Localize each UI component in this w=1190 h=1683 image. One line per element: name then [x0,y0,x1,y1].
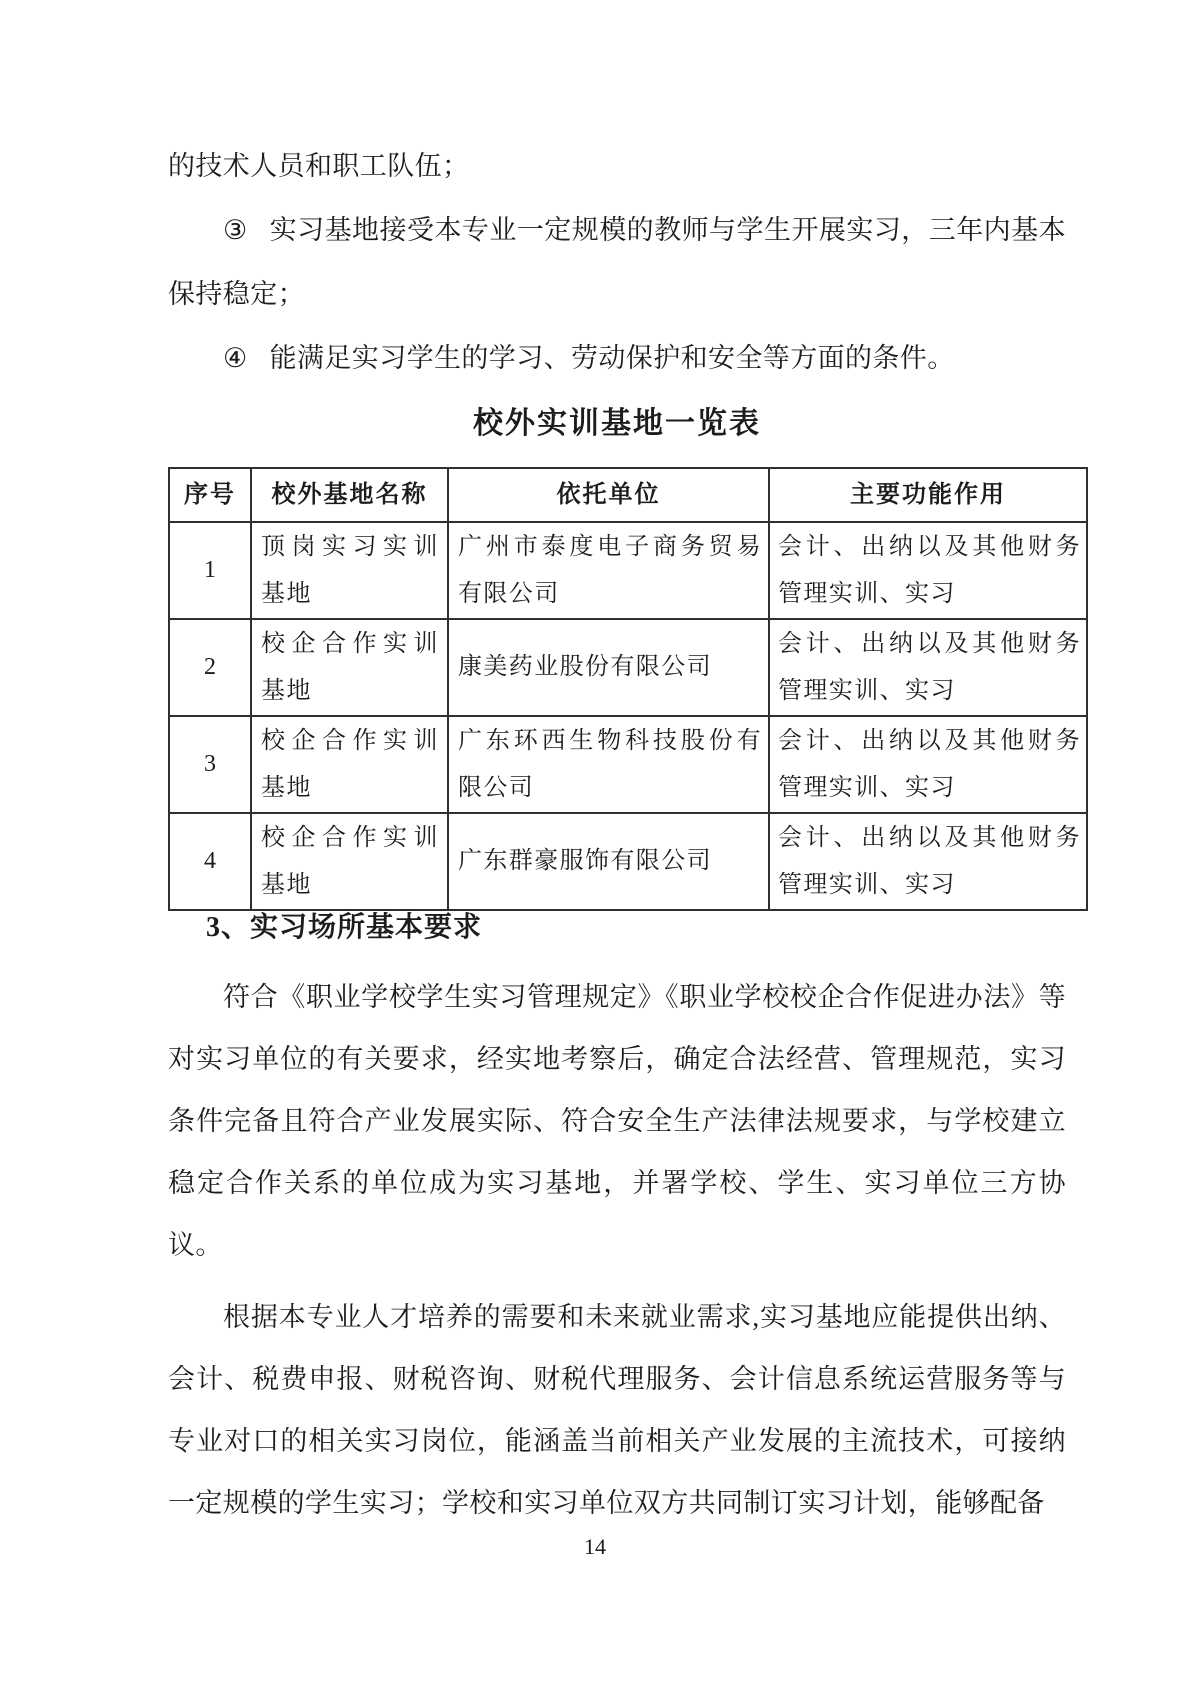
page-number: 14 [0,1532,1190,1562]
paragraph-continuation: 的技术人员和职工队伍； [168,134,1066,198]
cell-supporting-unit: 广州市泰度电子商务贸易有限公司 [448,522,769,619]
body-text-top: 的技术人员和职工队伍； ③实习基地接受本专业一定规模的教师与学生开展实习，三年内… [168,134,1066,390]
cell-base-name: 顶岗实习实训基地 [251,522,448,619]
cell-main-function: 会计、出纳以及其他财务管理实训、实习 [769,716,1087,813]
cell-serial-number: 2 [169,619,251,716]
cell-base-name: 校企合作实训基地 [251,716,448,813]
header-base-name: 校外基地名称 [251,468,448,522]
cell-serial-number: 3 [169,716,251,813]
cell-base-name: 校企合作实训基地 [251,619,448,716]
cell-supporting-unit: 广东群豪服饰有限公司 [448,813,769,910]
table-header-row: 序号 校外基地名称 依托单位 主要功能作用 [169,468,1087,522]
cell-supporting-unit: 广东环西生物科技股份有限公司 [448,716,769,813]
section-paragraph-2: 根据本专业人才培养的需要和未来就业需求,实习基地应能提供出纳、会计、税费申报、财… [168,1286,1066,1534]
cell-main-function: 会计、出纳以及其他财务管理实训、实习 [769,522,1087,619]
document-page: 的技术人员和职工队伍； ③实习基地接受本专业一定规模的教师与学生开展实习，三年内… [0,0,1190,1683]
table-row: 3 校企合作实训基地 广东环西生物科技股份有限公司 会计、出纳以及其他财务管理实… [169,716,1087,813]
cell-main-function: 会计、出纳以及其他财务管理实训、实习 [769,813,1087,910]
header-main-function: 主要功能作用 [769,468,1087,522]
circled-3-marker: ③ [223,215,248,245]
list-item-text: 实习基地接受本专业一定规模的教师与学生开展实习，三年内基本保持稳定； [168,215,1066,309]
training-bases-table: 序号 校外基地名称 依托单位 主要功能作用 1 顶岗实习实训基地 广州市泰度电子… [168,467,1088,911]
table-title: 校外实训基地一览表 [168,402,1066,446]
list-item-text: 能满足实习学生的学习、劳动保护和安全等方面的条件。 [270,343,955,373]
cell-serial-number: 4 [169,813,251,910]
header-supporting-unit: 依托单位 [448,468,769,522]
list-item-4: ④能满足实习学生的学习、劳动保护和安全等方面的条件。 [168,326,1066,390]
list-item-3: ③实习基地接受本专业一定规模的教师与学生开展实习，三年内基本保持稳定； [168,198,1066,326]
circled-4-marker: ④ [223,343,248,373]
table-row: 4 校企合作实训基地 广东群豪服饰有限公司 会计、出纳以及其他财务管理实训、实习 [169,813,1087,910]
table-row: 1 顶岗实习实训基地 广州市泰度电子商务贸易有限公司 会计、出纳以及其他财务管理… [169,522,1087,619]
cell-supporting-unit: 康美药业股份有限公司 [448,619,769,716]
header-serial-number: 序号 [169,468,251,522]
cell-main-function: 会计、出纳以及其他财务管理实训、实习 [769,619,1087,716]
section-heading: 3、实习场所基本要求 [168,908,1066,948]
paragraph-text: 的技术人员和职工队伍； [168,151,469,181]
section-paragraph-1: 符合《职业学校学生实习管理规定》《职业学校校企合作促进办法》等对实习单位的有关要… [168,966,1066,1276]
table-row: 2 校企合作实训基地 康美药业股份有限公司 会计、出纳以及其他财务管理实训、实习 [169,619,1087,716]
cell-base-name: 校企合作实训基地 [251,813,448,910]
cell-serial-number: 1 [169,522,251,619]
